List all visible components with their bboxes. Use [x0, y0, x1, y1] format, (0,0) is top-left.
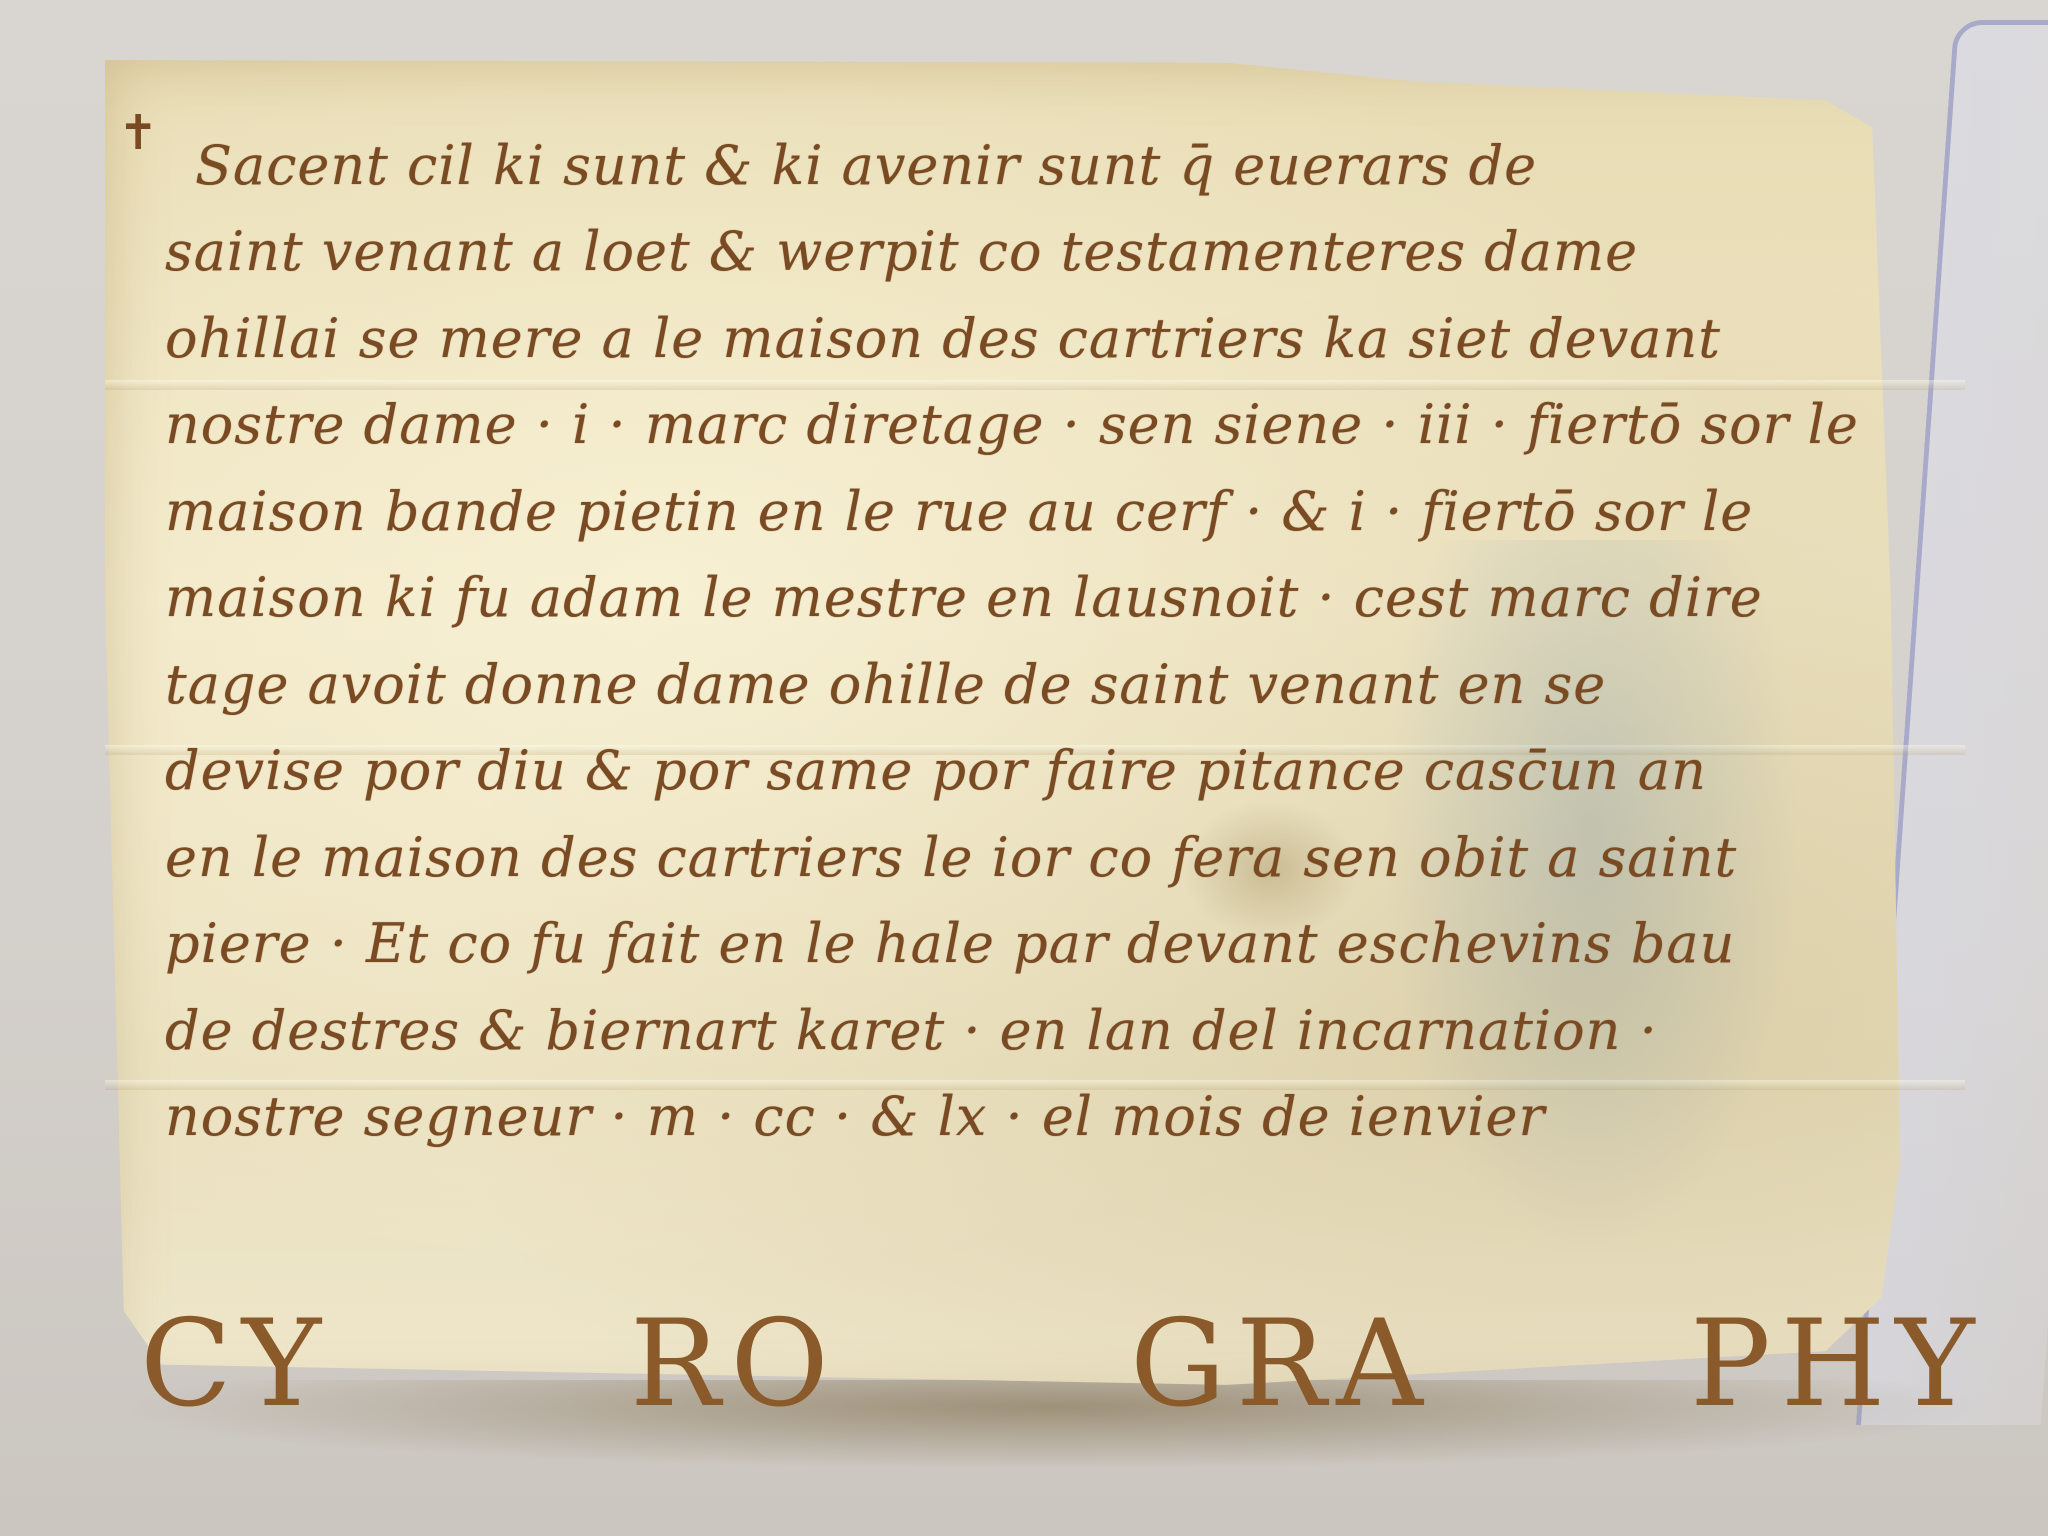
- chirograph-cut-letters: CY RO GRA PHY: [130, 1315, 1930, 1425]
- text-line: nostre dame · i · marc diretage · sen si…: [165, 370, 1955, 457]
- charter-text: Sacent cil ki sunt & ki avenir sunt q̄ e…: [165, 110, 1955, 1148]
- chirograph-letter: GRA: [1130, 1305, 1433, 1425]
- chirograph-letter: CY: [140, 1305, 331, 1425]
- text-line: nostre segneur · m · cc · & lx · el mois…: [165, 1062, 1955, 1149]
- text-line: saint venant a loet & werpit co testamen…: [165, 197, 1955, 284]
- text-line: Sacent cil ki sunt & ki avenir sunt q̄ e…: [165, 110, 1955, 197]
- text-line: en le maison des cartriers le ior co fer…: [165, 802, 1955, 889]
- text-line: maison ki fu adam le mestre en lausnoit …: [165, 543, 1955, 630]
- chirograph-letter: RO: [630, 1305, 839, 1425]
- text-line: devise por diu & por same por faire pita…: [165, 716, 1955, 803]
- text-line: ohillai se mere a le maison des cartrier…: [165, 283, 1955, 370]
- text-line: piere · Et co fu fait en le hale par dev…: [165, 889, 1955, 976]
- cross-mark-icon: ✝: [118, 105, 158, 161]
- chirograph-letter: PHY: [1690, 1305, 1985, 1425]
- text-line: de destres & biernart karet · en lan del…: [165, 975, 1955, 1062]
- text-line: tage avoit donne dame ohille de saint ve…: [165, 629, 1955, 716]
- text-line: maison bande pietin en le rue au cerf · …: [165, 456, 1955, 543]
